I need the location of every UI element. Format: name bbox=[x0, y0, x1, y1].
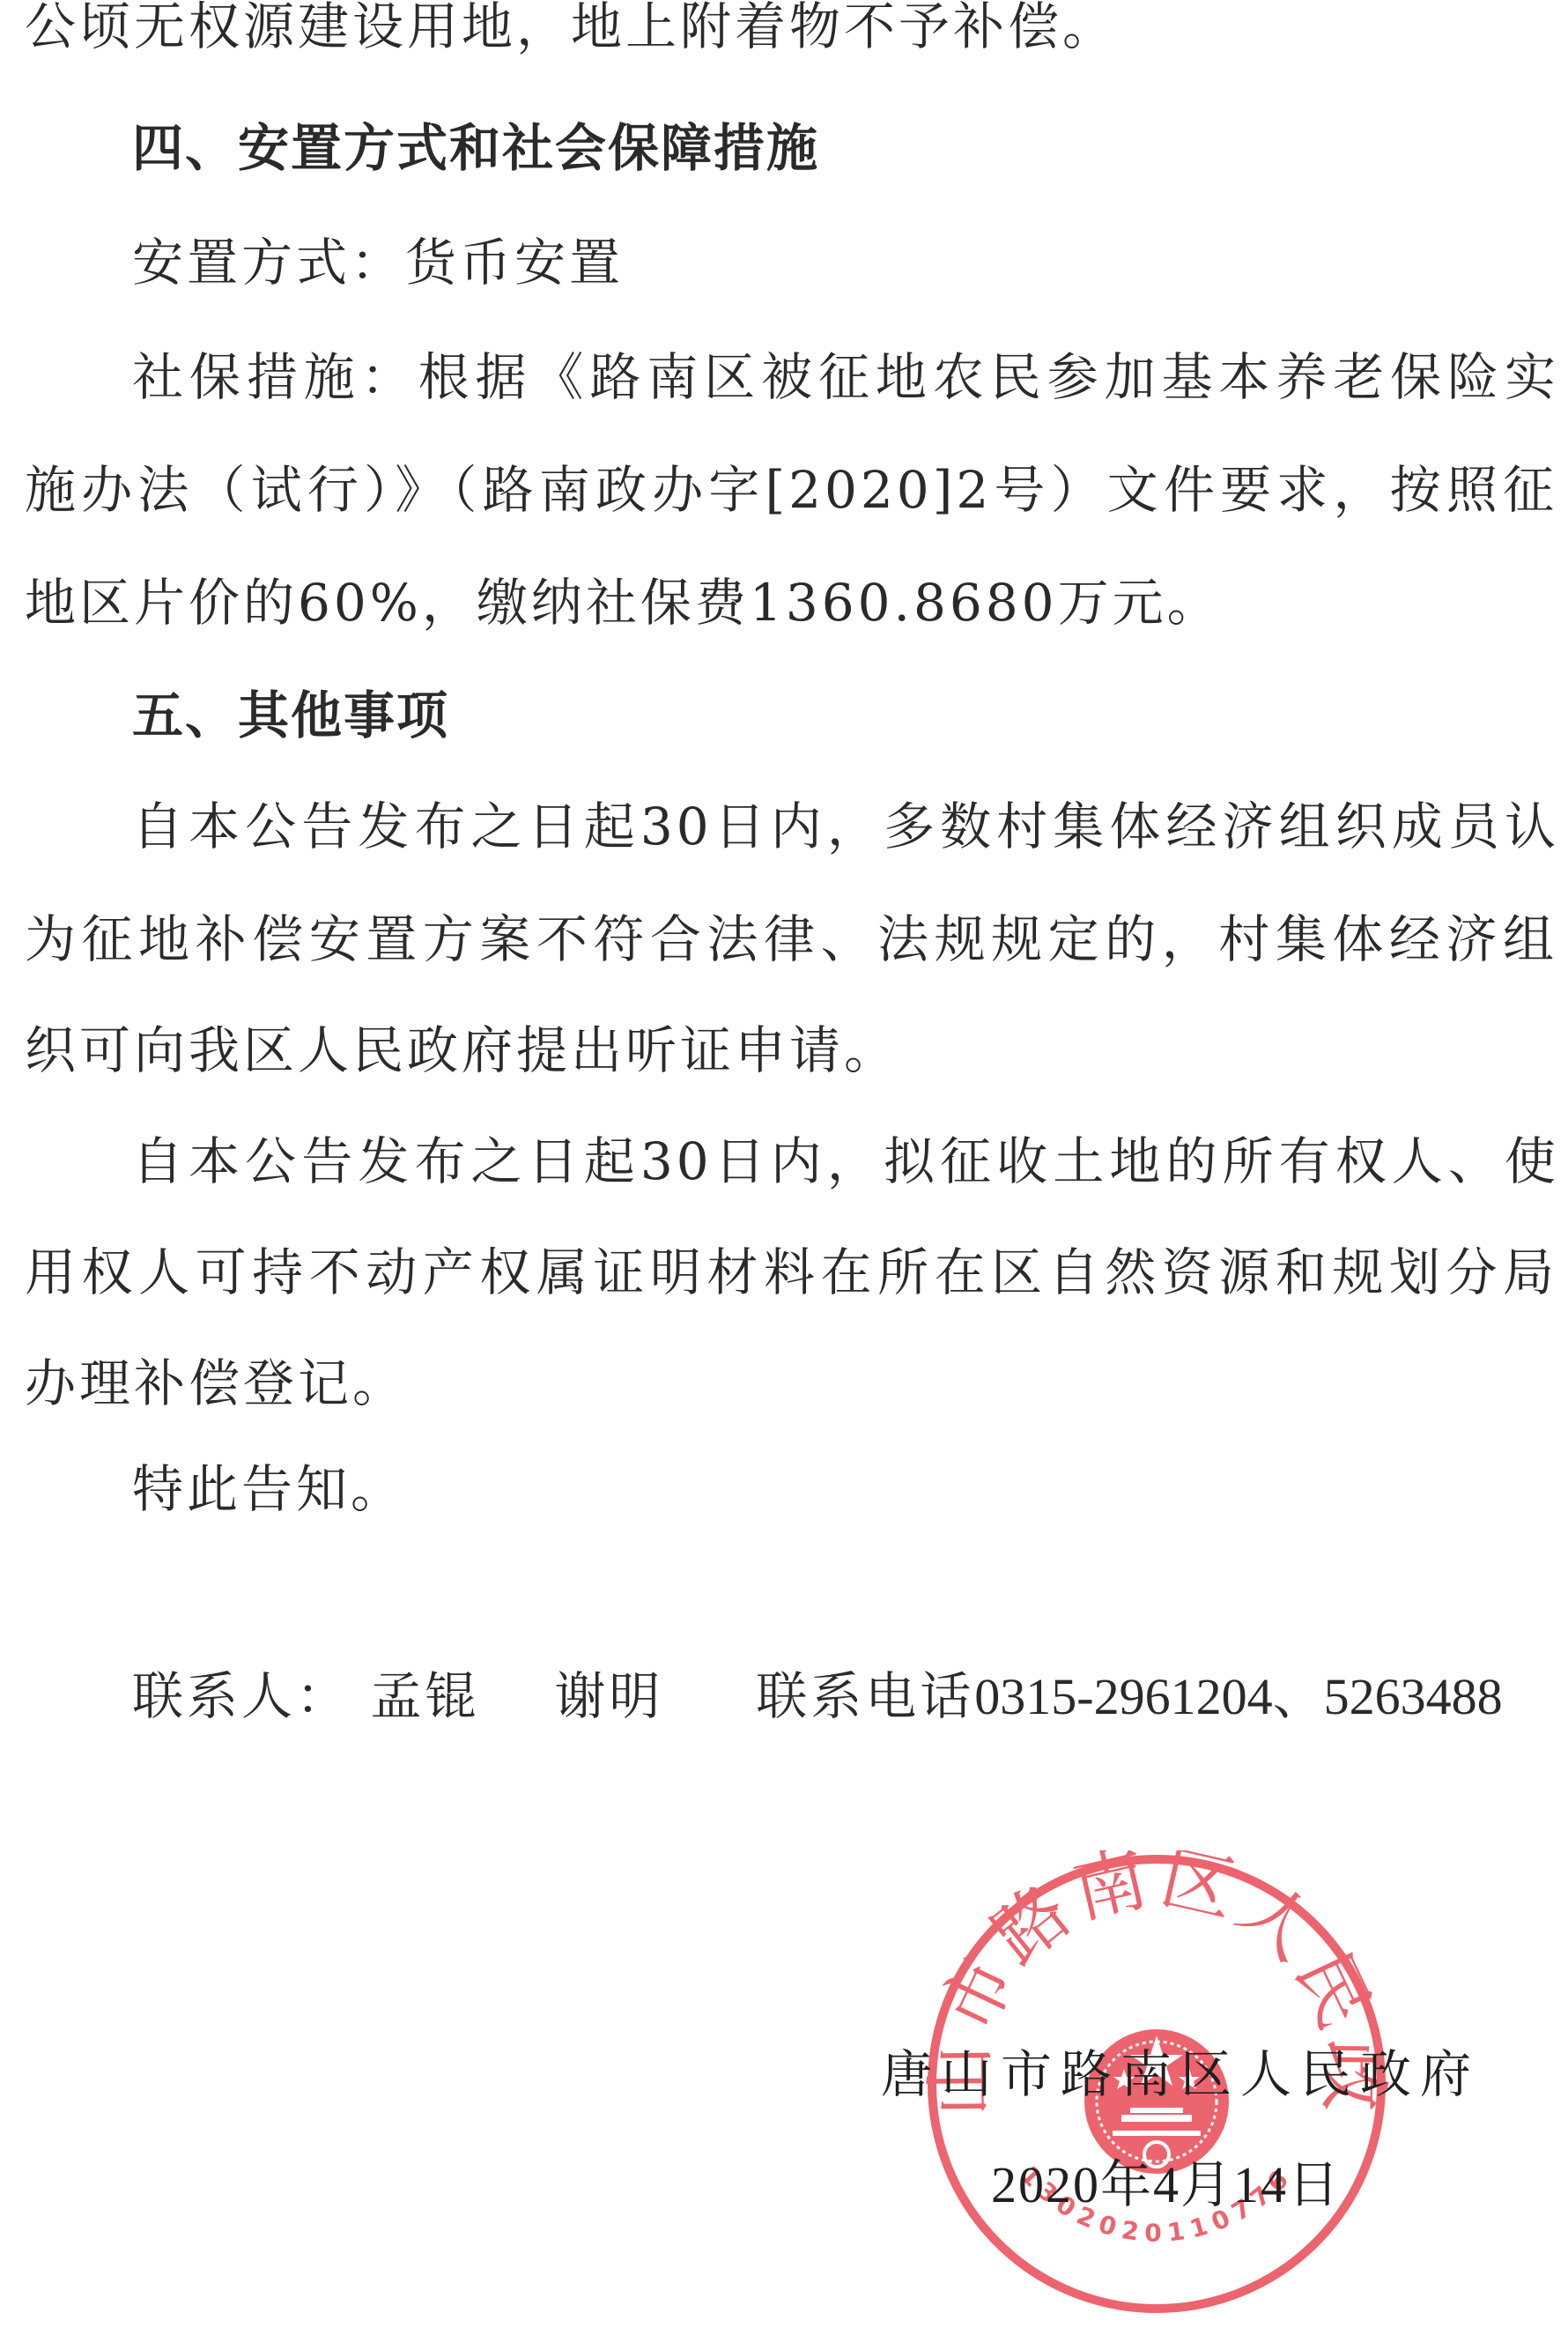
contact-line: 联系人： 孟锟 谢明 联系电话0315-2961204、5263488 bbox=[132, 1661, 1503, 1732]
body-line: 用权人可持不动产权属证明材料在所在区自然资源和规划分局 bbox=[25, 1237, 1557, 1308]
body-line: 施办法（试行）》（路南政办字[2020]2号）文件要求，按照征 bbox=[25, 455, 1557, 525]
body-line: 安置方式：货币安置 bbox=[132, 227, 624, 298]
body-line: 自本公告发布之日起30日内，拟征收土地的所有权人、使 bbox=[132, 1126, 1559, 1197]
issue-date: 2020年4月14日 bbox=[991, 2150, 1341, 2220]
body-line: 社保措施：根据《路南区被征地农民参加基本养老保险实 bbox=[132, 342, 1559, 412]
contact-label: 联系人： bbox=[132, 1661, 351, 1731]
closing-line: 特此告知。 bbox=[132, 1454, 405, 1524]
body-line: 办理补偿登记。 bbox=[25, 1348, 407, 1419]
phone-numbers: 0315-2961204、5263488 bbox=[974, 1662, 1502, 1732]
contact-person: 谢明 bbox=[554, 1661, 663, 1731]
body-line: 织可向我区人民政府提出听证申请。 bbox=[25, 1015, 899, 1086]
phone-label: 联系电话 bbox=[756, 1661, 974, 1731]
body-line: 地区片价的60%，缴纳社保费1360.8680万元。 bbox=[25, 567, 1222, 638]
issuer-name: 唐山市路南区人民政府 bbox=[881, 2040, 1480, 2110]
contact-person: 孟锟 bbox=[370, 1661, 479, 1731]
body-line: 为征地补偿安置方案不符合法律、法规规定的，村集体经济组 bbox=[25, 904, 1557, 975]
body-line: 自本公告发布之日起30日内，多数村集体经济组织成员认 bbox=[132, 791, 1559, 862]
section-heading-5: 五、其他事项 bbox=[132, 680, 449, 751]
section-heading-4: 四、安置方式和社会保障措施 bbox=[132, 113, 819, 183]
body-line: 公顷无权源建设用地，地上附着物不予补偿。 bbox=[25, 0, 1117, 62]
